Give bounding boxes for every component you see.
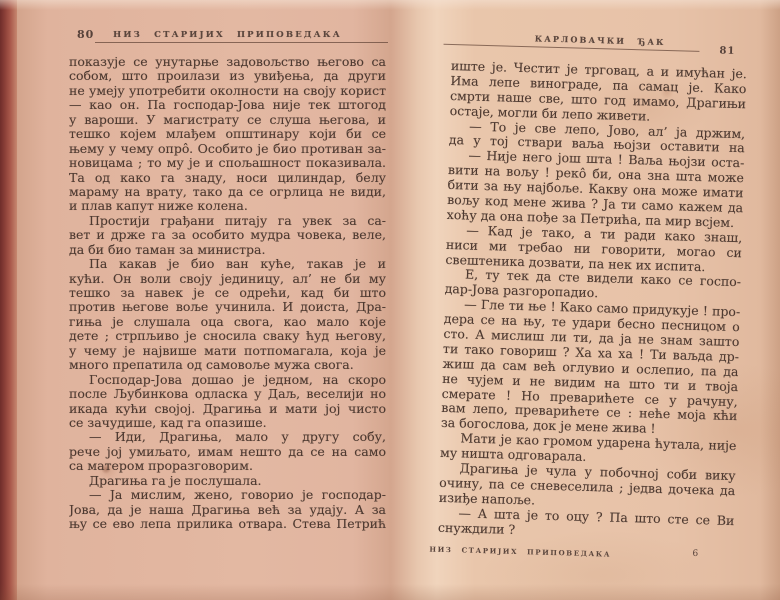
text-line: показује се унутарње задовољство његово … [69,55,386,69]
text-line: много препатила од самовоље мужа свога. [69,358,386,372]
text-line: у чему је највише мати потпомагала, која… [69,344,386,358]
text-line: — Иди, Драгиња, мало у другу собу, [69,430,386,444]
right-page: КАРЛОВАЧКИ ЂАК 81 иште је. Честит је трг… [436,28,749,596]
text-line: са матером проразговорим. [69,459,386,473]
text-line: кући. Он воли своју јединицу, ал’ не би … [69,272,386,286]
text-line: Господар-Јова дошао је једном, на скоро [69,373,386,387]
text-line: се зачудише, кад га опазише. [69,416,386,430]
text-line: — Ја мислим, жено, говорио је господар- [69,488,386,502]
book-scan: 80 НИЗ СТАРИЈИХ ПРИПОВЕДАКА показује се … [0,0,780,600]
right-page-body: иште је. Честит је трговац, а и имућан ј… [438,59,747,544]
left-running-title: НИЗ СТАРИЈИХ ПРИПОВЕДАКА [69,30,386,40]
text-line: њему у чему опрô. Особито је био протива… [69,142,386,156]
text-line: да би био таман за министра. [69,243,386,257]
text-line: рече јој умиљато, имам нешто да се на са… [69,445,386,459]
text-line: после Љубинкова одласка у Даљ, веселији … [69,387,386,401]
left-page: 80 НИЗ СТАРИЈИХ ПРИПОВЕДАКА показује се … [69,26,386,566]
text-line: Јова, да је наша Драгиња већ за удају. А… [69,503,386,517]
left-header-rule [95,42,388,43]
right-page-number: 81 [719,45,735,56]
book-cover-edge [0,0,17,600]
text-line: Простији грађани питају га увек за са- [69,214,386,228]
text-line: новицама ; то му је и спољашност показив… [69,156,386,170]
text-line: не умеју употребити околности на своју к… [69,84,386,98]
text-line: у вароши. У магистрату се слуша његова, … [69,113,386,127]
text-line: гиња је слушала оца свога, као мало које [69,315,386,329]
text-line: дете ; стрпљиво је сносила сваку ћуд њег… [69,329,386,343]
text-line: против његове воље учинила. И доиста, Др… [69,300,386,314]
text-line: тешко којем млађем општинару који би се [69,127,386,141]
text-line: собом, што проилази из увиђења, да други [69,69,386,83]
left-page-body: показује се унутарње задовољство његово … [69,55,386,531]
text-line: вет и држе га за особито мудра човека, в… [69,228,386,242]
text-line: — као он. Па господар-Јова није тек штог… [69,98,386,112]
text-line: мараму на врату, тако да се огрлица не в… [69,185,386,199]
text-line: њу се ево лепа прилика отвара. Стева Пет… [69,517,386,531]
text-line: Та од како га знаду, носи цилиндар, белу [69,171,386,185]
text-line: и плав капут ниже колена. [69,199,386,213]
text-line: Па какав је био ван куће, такав је и [69,257,386,271]
text-line: икада кући својој. Драгиња и мати јој чи… [69,402,386,416]
signature-mark: 6 [692,549,698,559]
text-line: Драгиња га је послушала. [69,474,386,488]
right-footer-title: НИЗ СТАРИЈИХ ПРИПОВЕДАКА [429,545,611,559]
text-line: тешко за навек је се одрећи, кад би што [69,286,386,300]
